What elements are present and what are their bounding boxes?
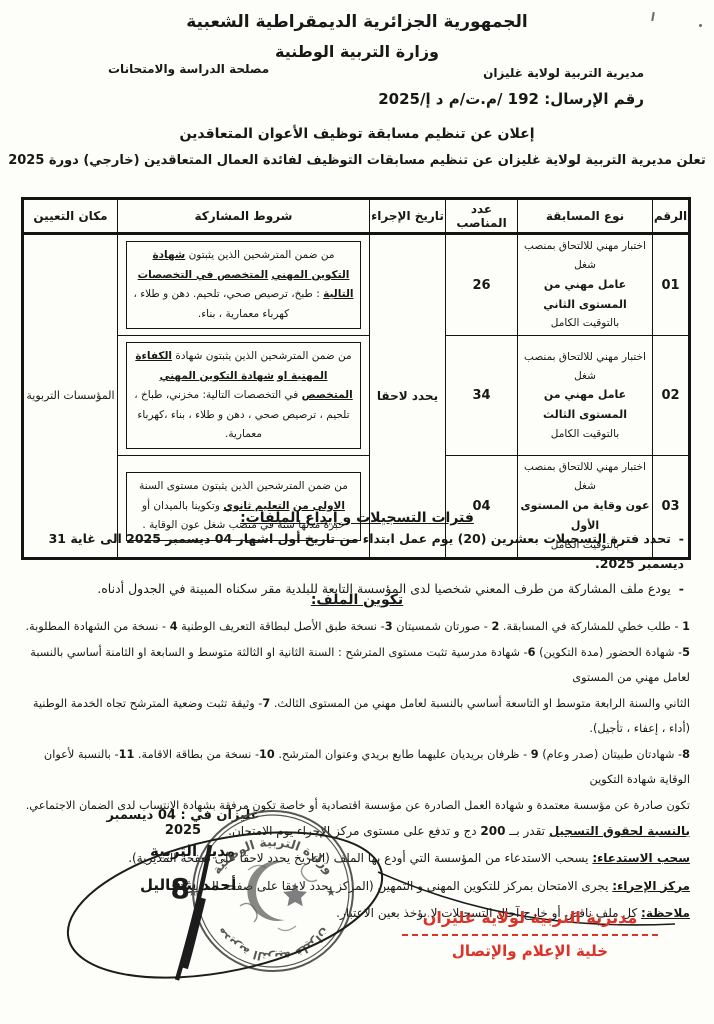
conditions-cell: من ضمن المترشحين الذين يثبتون شهادة الكف… <box>118 336 370 456</box>
table-header-row: الرقم نوع المسابقة عدد المناصب تاريخ الإ… <box>23 199 690 234</box>
file-section-title: تكوين الملف: <box>0 592 714 608</box>
col-header-assignment-place: مكان التعيين <box>23 199 118 234</box>
fees-label: بالنسبة لحقوق التسجيل <box>549 824 690 838</box>
registration-section-title: فترات التسجيلات و إيداع الملفات: <box>0 510 714 526</box>
stamp-ring-top-text: وزارة التربية الوطنية <box>209 834 337 877</box>
announcement-subtitle: تعلن مديرية التربية لولاية غليزان عن تنظ… <box>0 153 714 168</box>
footer-communication-cell-line: خلية الإعلام والإتصال <box>388 942 672 960</box>
col-header-conditions: شروط المشاركة <box>118 199 370 234</box>
col-header-number: الرقم <box>653 199 690 234</box>
competition-type-cell: اختبار مهني للالتحاق بمنصب شغل عامل مهني… <box>518 336 653 456</box>
republic-title: الجمهورية الجزائرية الديمقراطية الشعبية <box>0 12 714 32</box>
announcement-title: إعلان عن تنظيم مسابقة توظيف الأعوان المت… <box>0 126 714 142</box>
directorate-line: مديرية التربية لولاية غليزان <box>483 66 644 80</box>
stamp-star-left-icon: ★ <box>188 886 198 899</box>
table-row: 02 اختبار مهني للالتحاق بمنصب شغل عامل م… <box>23 336 690 456</box>
footer-directorate-line: مديرية التربية لولاية غليزان <box>388 908 672 927</box>
competitions-table-wrapper: الرقم نوع المسابقة عدد المناصب تاريخ الإ… <box>24 197 691 560</box>
competition-type-cell: اختبار مهني للالتحاق بمنصب شغل عامل مهني… <box>518 234 653 336</box>
col-header-competition-type: نوع المسابقة <box>518 199 653 234</box>
table-row: 01 اختبار مهني للالتحاق بمنصب شغل عامل م… <box>23 234 690 336</box>
service-line: مصلحة الدراسة والامتحانات <box>108 62 269 76</box>
conditions-cell: من ضمن المترشحين الذين يثبتون شهادة التك… <box>118 234 370 336</box>
svg-text:وزارة التربية الوطنية: وزارة التربية الوطنية <box>209 834 337 877</box>
competitions-table: الرقم نوع المسابقة عدد المناصب تاريخ الإ… <box>21 197 691 560</box>
file-requirement-line: الثاني والسنة الرابعة متوسط او التاسعة أ… <box>0 691 714 742</box>
row-number: 01 <box>653 234 690 336</box>
registration-section: فترات التسجيلات و إيداع الملفات: -تحدد ف… <box>0 510 714 601</box>
col-header-exam-date: تاريخ الإجراء <box>370 199 446 234</box>
dash-bullet: - <box>671 531 684 546</box>
file-requirement-line: 5- شهادة الحضور (مدة التكوين) 6- شهادة م… <box>0 640 714 691</box>
ministry-title: وزارة التربية الوطنية <box>0 42 714 61</box>
reference-number-line: رقم الإرسال: 192 /م.ت/م د إ/2025 <box>378 90 644 108</box>
official-round-stamp: وزارة التربية الوطنية مديرية التربية غلي… <box>188 806 358 976</box>
footer-dashed-separator <box>402 934 658 936</box>
footer-red-block: مديرية التربية لولاية غليزان خلية الإعلا… <box>388 908 672 960</box>
row-number: 02 <box>653 336 690 456</box>
file-requirement-line: 1 - طلب خطي للمشاركة في المسابقة. 2 - صو… <box>0 614 714 640</box>
scanned-document-page: الجمهورية الجزائرية الديمقراطية الشعبية … <box>0 0 714 1024</box>
posts-count-cell: 34 <box>446 336 518 456</box>
stamp-star-right-icon: ★ <box>326 886 336 899</box>
col-header-posts-count: عدد المناصب <box>446 199 518 234</box>
file-requirement-line: 8- شهادتان طبيتان (صدر وعام) 9 - ظرفان ب… <box>0 742 714 793</box>
registration-item: -تحدد فترة التسجيلات بعشرين (20) يوم عمل… <box>0 526 714 576</box>
algeria-emblem-icon <box>240 861 317 931</box>
posts-count-cell: 26 <box>446 234 518 336</box>
